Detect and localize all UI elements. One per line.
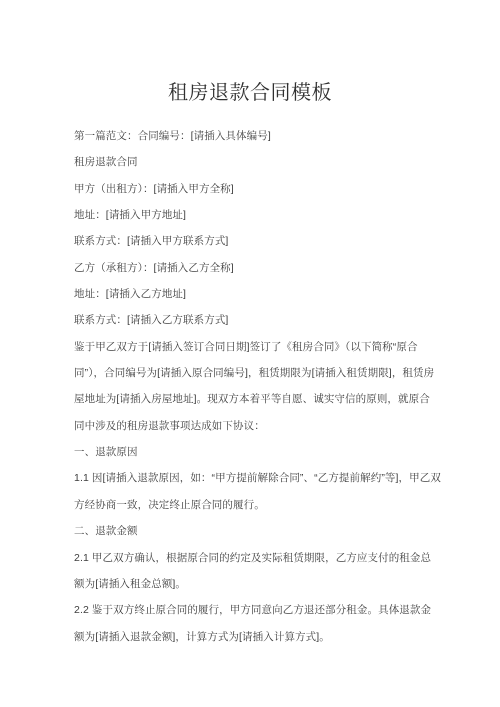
document-line: 地址：[请插入甲方地址] <box>74 202 448 228</box>
document-line: 额为[请插入租金总额]。 <box>74 571 448 597</box>
document-line: 联系方式：[请插入乙方联系方式] <box>74 307 448 333</box>
document-line: 联系方式：[请插入甲方联系方式] <box>74 228 448 254</box>
document-line: 乙方（承租方）：[请插入乙方全称] <box>74 255 448 281</box>
document-line: 第一篇范文：合同编号：[请插入具体编号] <box>74 123 448 149</box>
document-line: 鉴于甲乙双方于[请插入签订合同日期]签订了《租房合同》（以下简称“原合 <box>74 334 448 360</box>
document-line: 同中涉及的租房退款事项达成如下协议： <box>74 413 448 439</box>
document-line: 2.2 鉴于双方终止原合同的履行，甲方同意向乙方退还部分租金。具体退款金 <box>74 597 448 623</box>
document-page: 租房退款合同模板 第一篇范文：合同编号：[请插入具体编号]租房退款合同甲方（出租… <box>0 0 500 707</box>
document-line: 方经协商一致，决定终止原合同的履行。 <box>74 492 448 518</box>
document-title: 租房退款合同模板 <box>0 79 500 107</box>
document-line: 地址：[请插入乙方地址] <box>74 281 448 307</box>
document-line: 二、退款金额 <box>74 518 448 544</box>
document-line: 租房退款合同 <box>74 149 448 175</box>
document-body: 第一篇范文：合同编号：[请插入具体编号]租房退款合同甲方（出租方）：[请插入甲方… <box>74 123 448 650</box>
document-line: 屋地址为[请插入房屋地址]。现双方本着平等自愿、诚实守信的原则，就原合 <box>74 386 448 412</box>
document-line: 同”），合同编号为[请插入原合同编号]，租赁期限为[请插入租赁期限]，租赁房 <box>74 360 448 386</box>
document-line: 2.1 甲乙双方确认，根据原合同的约定及实际租赁期限，乙方应支付的租金总 <box>74 545 448 571</box>
document-line: 甲方（出租方）：[请插入甲方全称] <box>74 176 448 202</box>
document-line: 一、退款原因 <box>74 439 448 465</box>
document-line: 额为[请插入退款金额]，计算方式为[请插入计算方式]。 <box>74 624 448 650</box>
document-line: 1.1 因[请插入退款原因，如：“甲方提前解除合同”、“乙方提前解约”等]，甲乙… <box>74 465 448 491</box>
